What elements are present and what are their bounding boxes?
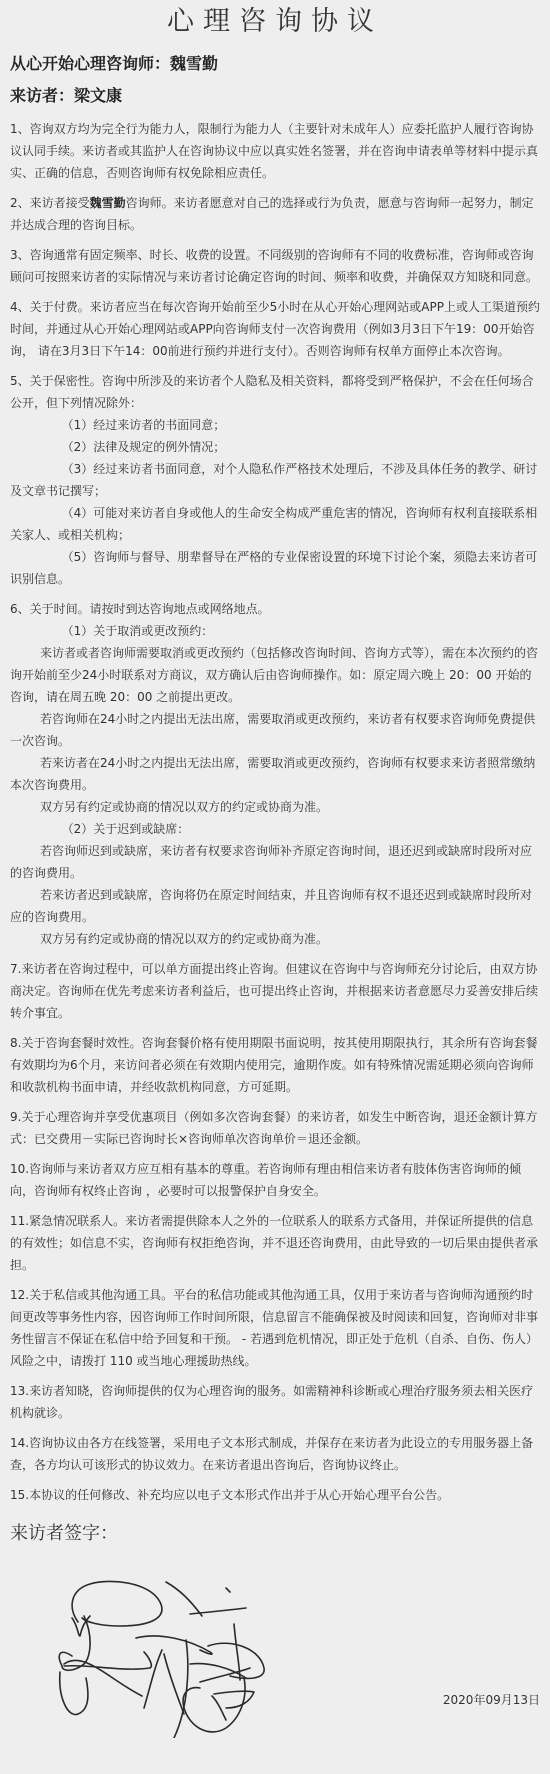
- counselor-line: 从心开始心理咨询师：魏雪勤: [10, 52, 540, 76]
- clause-6-item: 若咨询师在24小时之内提出无法出席，需要取消或更改预约，来访者有权要求咨询师免费…: [10, 708, 540, 752]
- clause-6-subtitle-1: （1）关于取消或更改预约：: [10, 620, 540, 642]
- clause-13: 13.来访者知晓，咨询师提供的仅为心理咨询的服务。如需精神科诊断或心理治疗服务须…: [10, 1380, 540, 1424]
- clause-5-item: （4）可能对来访者自身或他人的生命安全构成严重危害的情况，咨询师有权利直接联系相…: [10, 502, 540, 546]
- clause-5-item: （2）法律及规定的例外情况；: [10, 436, 540, 458]
- clause-15: 15.本协议的任何修改、补充均应以电子文本形式作出并于从心开始心理平台公告。: [10, 1484, 540, 1506]
- clause-5-intro: 5、关于保密性。咨询中所涉及的来访者个人隐私及相关资料，都将受到严格保护，不会在…: [10, 370, 540, 414]
- signature-label: 来访者签字：: [10, 1522, 540, 1546]
- clause-6-item: 双方另有约定或协商的情况以双方的约定或协商为准。: [10, 928, 540, 950]
- clause-6-item: 双方另有约定或协商的情况以双方的约定或协商为准。: [10, 796, 540, 818]
- clause-6-intro: 6、关于时间。请按时到达咨询地点或网络地点。: [10, 598, 540, 620]
- clause-5-item: （1）经过来访者的书面同意；: [10, 414, 540, 436]
- clause-5-item: （5）咨询师与督导、朋辈督导在严格的专业保密设置的环境下讨论个案，须隐去来访者可…: [10, 546, 540, 590]
- counselor-label: 从心开始心理咨询师：: [10, 54, 170, 73]
- signature-date: 2020年09月13日: [443, 1691, 540, 1708]
- clause-6-item: 若咨询师迟到或缺席，来访者有权要求咨询师补齐原定咨询时间，退还迟到或缺席时段所对…: [10, 840, 540, 884]
- clause-14: 14.咨询协议由各方在线签署，采用电子文本形式制成，并保存在来访者为此设立的专用…: [10, 1432, 540, 1476]
- agreement-page: 心理咨询协议 从心开始心理咨询师：魏雪勤 来访者：梁文康 1、咨询双方均为完全行…: [0, 0, 550, 1756]
- signature-area: [10, 1556, 540, 1756]
- clause-6: 6、关于时间。请按时到达咨询地点或网络地点。 （1）关于取消或更改预约： 来访者…: [10, 598, 540, 950]
- clause-3: 3、咨询通常有固定频率、时长、收费的设置。不同级别的咨询师有不同的收费标准，咨询…: [10, 244, 540, 288]
- clause-6-item: 若来访者迟到或缺席，咨询将仍在原定时间结束，并且咨询师有权不退还迟到或缺席时段所…: [10, 884, 540, 928]
- clause-2: 2、来访者接受魏雪勤咨询师。来访者愿意对自己的选择或行为负责，愿意与咨询师一起努…: [10, 192, 540, 236]
- handwritten-signature: [50, 1568, 290, 1738]
- clause-2-pre: 2、来访者接受: [10, 196, 90, 210]
- clause-4: 4、关于付费。来访者应当在每次咨询开始前至少5小时在从心开始心理网站或APP上或…: [10, 296, 540, 362]
- visitor-label: 来访者：: [10, 86, 74, 105]
- clause-1: 1、咨询双方均为完全行为能力人，限制行为能力人（主要针对未成年人）应委托监护人履…: [10, 118, 540, 184]
- clause-2-counselor-name: 魏雪勤: [90, 196, 126, 210]
- counselor-name: 魏雪勤: [170, 54, 218, 73]
- clause-6-item: 来访者或者咨询师需要取消或更改预约（包括修改咨询时间、咨询方式等），需在本次预约…: [10, 642, 540, 708]
- clause-12: 12.关于私信或其他沟通工具。平台的私信功能或其他沟通工具，仅用于来访者与咨询师…: [10, 1284, 540, 1372]
- visitor-name: 梁文康: [74, 86, 122, 105]
- clause-6-subtitle-2: （2）关于迟到或缺席：: [10, 818, 540, 840]
- clause-11: 11.紧急情况联系人。来访者需提供除本人之外的一位联系人的联系方式备用，并保证所…: [10, 1210, 540, 1276]
- page-title: 心理咨询协议: [10, 0, 540, 44]
- clause-9: 9.关于心理咨询并享受优惠项目（例如多次咨询套餐）的来访者，如发生中断咨询，退还…: [10, 1106, 540, 1150]
- clause-10: 10.咨询师与来访者双方应互相有基本的尊重。若咨询师有理由相信来访者有肢体伤害咨…: [10, 1158, 540, 1202]
- clause-5-item: （3）经过来访者书面同意，对个人隐私作严格技术处理后，不涉及具体任务的教学、研讨…: [10, 458, 540, 502]
- clause-7: 7.来访者在咨询过程中，可以单方面提出终止咨询。但建议在咨询中与咨询师充分讨论后…: [10, 958, 540, 1024]
- clause-8: 8.关于咨询套餐时效性。咨询套餐价格有使用期限书面说明，按其使用期限执行，其余所…: [10, 1032, 540, 1098]
- visitor-line: 来访者：梁文康: [10, 84, 540, 108]
- clause-6-item: 若来访者在24小时之内提出无法出席，需要取消或更改预约，咨询师有权要求来访者照常…: [10, 752, 540, 796]
- clause-5: 5、关于保密性。咨询中所涉及的来访者个人隐私及相关资料，都将受到严格保护，不会在…: [10, 370, 540, 590]
